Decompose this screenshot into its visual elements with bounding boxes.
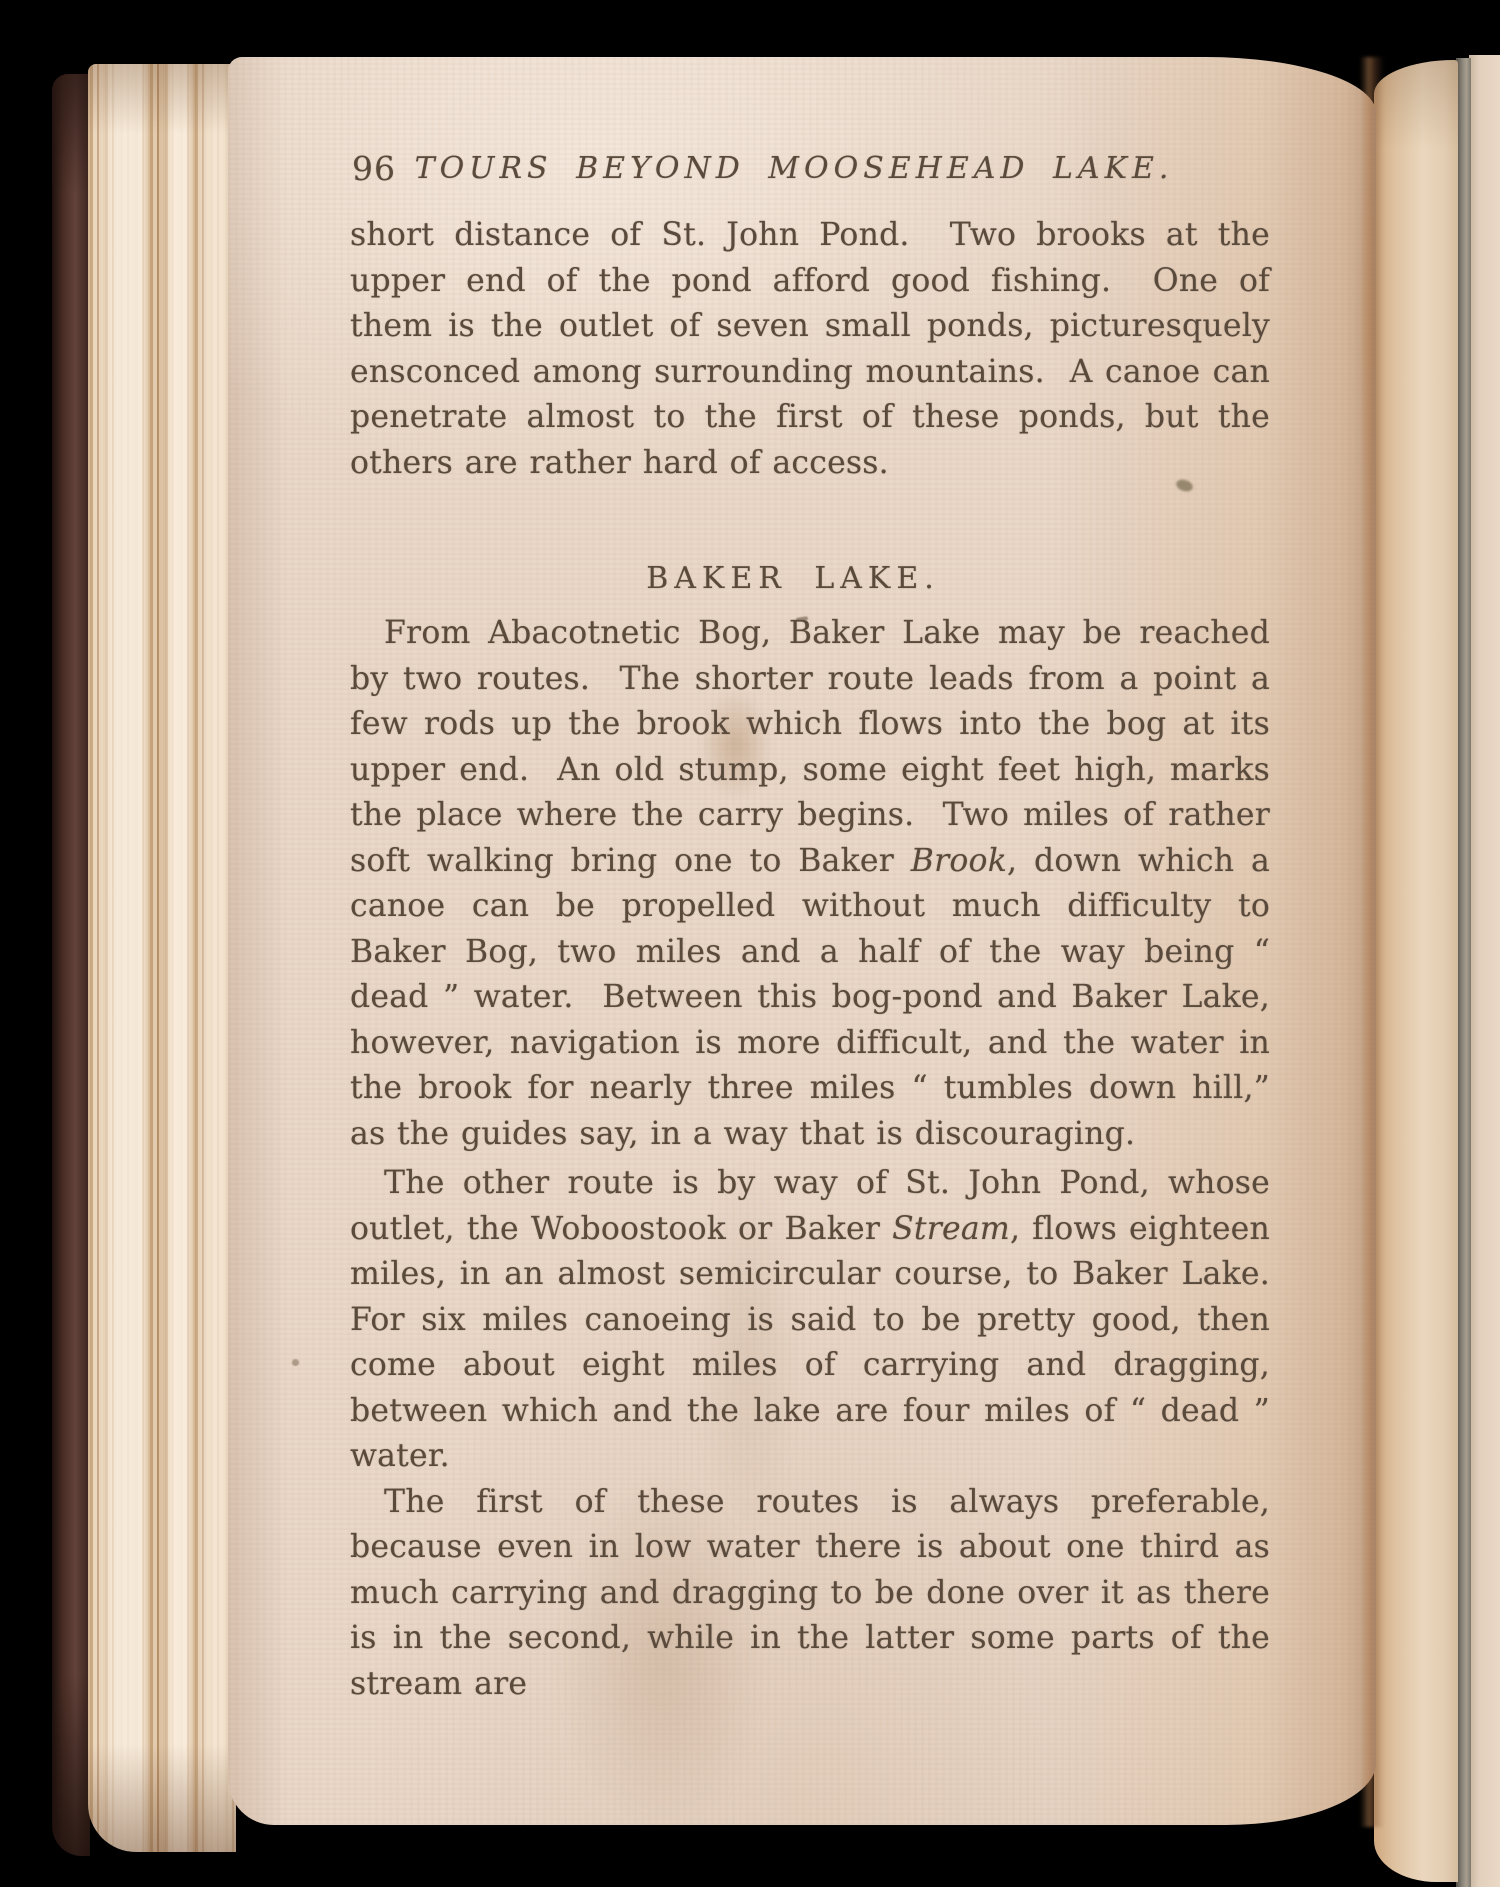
- page-gap-line: [1456, 58, 1471, 1887]
- paragraph-preferable-route: The first of these routes is always pref…: [350, 1480, 1270, 1708]
- paragraph-text: , down which a canoe can be propelled wi…: [350, 843, 1282, 1152]
- paragraph-st-john-pond: short distance of St. John Pond. Two bro…: [350, 213, 1270, 486]
- italic-word-brook: Brook: [911, 843, 1007, 879]
- paragraph-baker-routes: From Abacotnetic Bog, Baker Lake may be …: [350, 611, 1270, 1157]
- page-header: 96 TOURS BEYOND MOOSEHEAD LAKE.: [350, 146, 1270, 192]
- italic-word-stream: Stream: [892, 1211, 1010, 1247]
- page-edge-stack: [88, 64, 236, 1852]
- paragraph-text: , flows eighteen miles, in an almost sem…: [350, 1211, 1293, 1475]
- page-number: 96: [352, 146, 396, 192]
- paragraph-text: short distance of St. John Pond. Two bro…: [350, 217, 1282, 481]
- paragraph-other-route: The other route is by way of St. John Po…: [350, 1161, 1270, 1480]
- facing-page-sliver: [1469, 55, 1500, 1887]
- printed-text-column: 96 TOURS BEYOND MOOSEHEAD LAKE. short di…: [350, 0, 1270, 1707]
- book-photo-scene: 96 TOURS BEYOND MOOSEHEAD LAKE. short di…: [0, 0, 1500, 1887]
- running-title: TOURS BEYOND MOOSEHEAD LAKE.: [350, 146, 1270, 192]
- book-cover-edge: [52, 74, 90, 1856]
- paragraph-text: From Abacotnetic Bog, Baker Lake may be …: [350, 615, 1282, 879]
- gutter-curve: [1374, 60, 1458, 1882]
- body-text: short distance of St. John Pond. Two bro…: [350, 213, 1270, 1707]
- paragraph-text: The first of these routes is always pref…: [350, 1484, 1282, 1702]
- section-heading: BAKER LAKE.: [350, 556, 1236, 601]
- gutter-crease-line: [1360, 57, 1384, 1827]
